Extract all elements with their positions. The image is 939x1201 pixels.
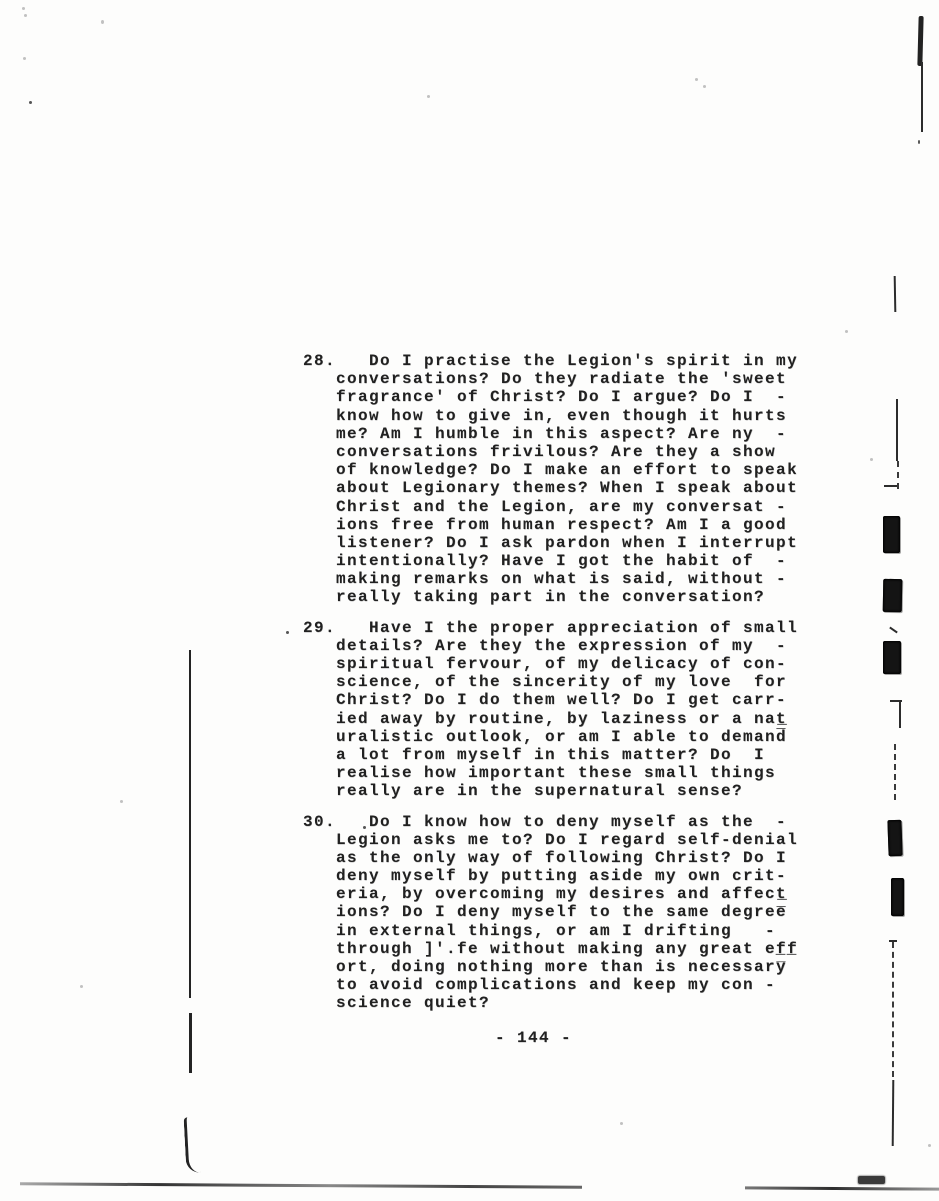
scan-artifact-tick: [889, 940, 897, 942]
scan-artifact-tick: [890, 700, 902, 702]
text-line: really are in the supernatural sense?: [336, 782, 843, 800]
text-line: intentionally? Have I got the habit of -: [336, 552, 843, 570]
scan-artifact-line: [892, 1080, 895, 1146]
text-line: in external things, or am I drifting -: [336, 922, 843, 940]
scan-artifact-dashed-line: [894, 744, 896, 800]
paragraph-number: 29.: [303, 619, 336, 637]
text-line: know how to give in, even though it hurt…: [336, 407, 843, 425]
text-line: Legion asks me to? Do I regard self-deni…: [336, 831, 843, 849]
scan-artifact-speck: [427, 95, 430, 98]
scan-artifact-curve: [184, 1117, 201, 1174]
scan-artifact-speck: [29, 101, 32, 104]
text-line: ied away by routine, by laziness or a na…: [336, 710, 843, 728]
scan-artifact-line: [894, 276, 897, 312]
text-line: fragrance' of Christ? Do I argue? Do I -: [336, 388, 843, 406]
scan-artifact-dashed-line: [892, 942, 894, 1077]
paragraph-29: 29. Have I the proper appreciation of sm…: [303, 619, 843, 801]
text-line: of knowledge? Do I make an effort to spe…: [336, 461, 843, 479]
text-line: Do I practise the Legion's spirit in my: [336, 352, 843, 370]
text-line: through ]'.fe without making any great e…: [336, 940, 843, 958]
scan-artifact-binding-mark: [883, 579, 903, 612]
scan-artifact-speck: [101, 20, 104, 24]
scan-artifact-speck: [24, 14, 27, 17]
scan-artifact-speck: [80, 985, 83, 988]
scan-artifact-speck: [845, 330, 848, 333]
scan-artifact-dot: [918, 140, 920, 144]
paragraph-28: 28. Do I practise the Legion's spirit in…: [303, 352, 843, 607]
text-line: as the only way of following Christ? Do …: [336, 849, 843, 867]
scan-artifact-page-edge: [745, 1186, 939, 1190]
scan-artifact-binding-mark: [883, 516, 900, 553]
paragraph-lines: Have I the proper appreciation of small …: [336, 619, 843, 801]
scan-artifact-page-edge: [20, 1182, 582, 1188]
paragraph-lines: Do I know how to deny myself as the - Le…: [336, 813, 843, 1013]
text-line: me? Am I humble in this aspect? Are ny -: [336, 425, 843, 443]
scan-artifact-binding-mark: [891, 878, 904, 916]
text-line: science, of the sincerity of my love for: [336, 673, 843, 691]
paragraph-lines: Do I practise the Legion's spirit in my …: [336, 352, 843, 607]
scan-artifact-line: [899, 700, 901, 728]
paragraph-number: 30.: [303, 813, 336, 831]
scan-artifact-speck: [120, 800, 123, 803]
scan-artifact-binding-mark: [887, 820, 902, 856]
text-line: conversations frivilous? Are they a show: [336, 443, 843, 461]
scan-artifact-left-line: [189, 650, 191, 998]
scan-artifact-speck: [620, 1122, 623, 1125]
text-line: ort, doing nothing more than is necessar…: [336, 958, 843, 976]
text-line: eria, by overcoming my desires and affec…: [336, 885, 843, 903]
text-line: to avoid complications and keep my con -: [336, 976, 843, 994]
page-number: - 144 -: [495, 1029, 843, 1047]
text-line: uralistic outlook, or am I able to deman…: [336, 728, 843, 746]
paragraph-30: 30. Do I know how to deny myself as the …: [303, 813, 843, 1013]
text-line: realise how important these small things: [336, 764, 843, 782]
paragraph-number: 28.: [303, 352, 336, 370]
scan-artifact-speck: [286, 631, 289, 634]
scan-artifact-dashed-line: [897, 461, 899, 489]
text-line: ions? Do I deny myself to the same degre…: [336, 903, 843, 921]
text-line: ions free from human respect? Am I a goo…: [336, 516, 843, 534]
text-line: Christ and the Legion, are my conversat …: [336, 498, 843, 516]
scan-artifact-line: [921, 62, 923, 132]
text-line: Christ? Do I do them well? Do I get carr…: [336, 691, 843, 709]
scan-artifact-line: [896, 399, 898, 461]
text-line: making remarks on what is said, without …: [336, 570, 843, 588]
text-line: Do I know how to deny myself as the -: [336, 813, 843, 831]
scan-artifact-speck: [23, 57, 26, 60]
scan-artifact-speck: [703, 85, 706, 88]
text-line: science quiet?: [336, 994, 843, 1012]
text-line: Have I the proper appreciation of small: [336, 619, 843, 637]
page-text-block: 28. Do I practise the Legion's spirit in…: [303, 352, 843, 1047]
scan-artifact-speck: [695, 78, 698, 81]
scan-artifact-speck: [870, 458, 873, 461]
scan-artifact-left-line: [189, 1013, 192, 1073]
text-line: details? Are they the expression of my -: [336, 637, 843, 655]
scan-artifact-speck: [928, 1144, 931, 1147]
text-line: really taking part in the conversation?: [336, 588, 843, 606]
text-line: spiritual fervour, of my delicacy of con…: [336, 655, 843, 673]
scan-artifact-streak: [917, 16, 923, 66]
scanned-page: 28. Do I practise the Legion's spirit in…: [0, 0, 939, 1201]
scan-artifact-tick: [884, 485, 897, 487]
text-line: conversations? Do they radiate the 'swee…: [336, 370, 843, 388]
text-line: a lot from myself in this matter? Do I: [336, 746, 843, 764]
scan-artifact-tick: [889, 627, 898, 634]
scan-artifact-smudge: [858, 1176, 885, 1184]
text-line: listener? Do I ask pardon when I interru…: [336, 534, 843, 552]
scan-artifact-binding-mark: [883, 641, 901, 674]
text-line: deny myself by putting aside my own crit…: [336, 867, 843, 885]
text-line: about Legionary themes? When I speak abo…: [336, 479, 843, 497]
scan-artifact-speck: [22, 7, 25, 10]
